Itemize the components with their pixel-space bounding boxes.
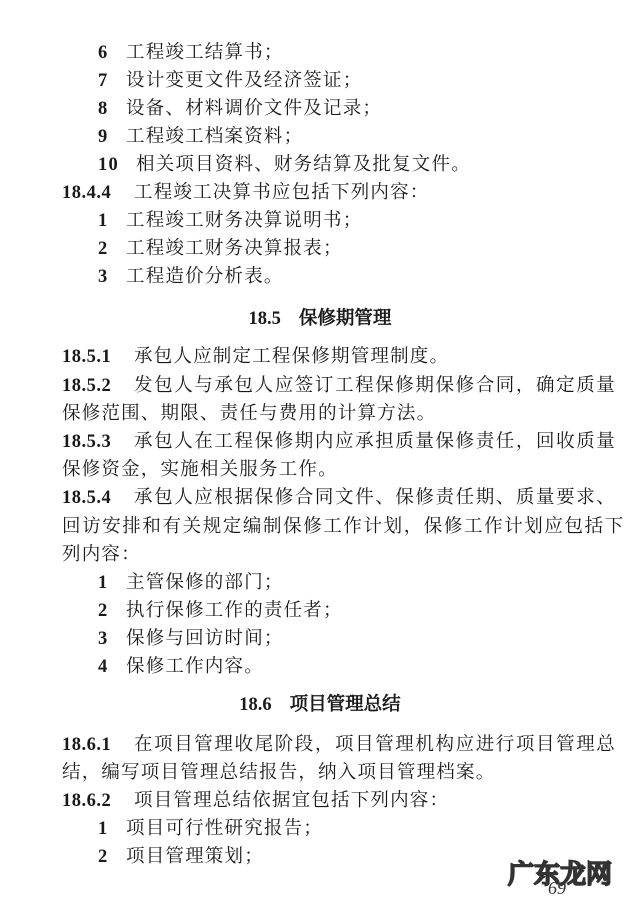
list-item: 8设备、材料调价文件及记录；: [98, 94, 620, 124]
list-item: 7设计变更文件及经济签证；: [98, 66, 620, 96]
item-text: 工程竣工财务决算说明书；: [126, 210, 362, 231]
item-text: 相关项目资料、财务结算及批复文件。: [136, 154, 471, 175]
item-text: 项目管理策划；: [126, 846, 264, 867]
item-number: 3: [98, 262, 126, 292]
list-item: 2工程竣工财务决算报表；: [98, 234, 620, 264]
item-text: 保修工作内容。: [126, 656, 264, 677]
clause-18-4-4: 18.4.4工程竣工决算书应包括下列内容：: [62, 178, 584, 208]
clause-text: 在项目管理收尾阶段，项目管理机构应进行项目管理总: [134, 734, 616, 755]
item-number: 3: [98, 624, 126, 654]
section-number: 18.5: [249, 304, 281, 334]
item-number: 1: [98, 814, 126, 844]
section-number: 18.6: [239, 690, 271, 720]
clause-18-5-3: 18.5.3承包人在工程保修期内应承担质量保修责任，回收质量: [62, 427, 584, 457]
clause-continuation: 保修范围、期限、责任与费用的计算方法。: [62, 399, 584, 429]
item-text: 工程竣工档案资料；: [126, 126, 303, 147]
item-text: 设备、材料调价文件及记录；: [126, 98, 382, 119]
list-item: 2执行保修工作的责任者；: [98, 596, 620, 626]
clause-continuation: 回访安排和有关规定编制保修工作计划，保修工作计划应包括下: [62, 512, 584, 542]
item-text: 工程竣工财务决算报表；: [126, 238, 343, 259]
list-item: 1工程竣工财务决算说明书；: [98, 206, 620, 236]
page-number: 69: [548, 878, 566, 898]
item-text: 执行保修工作的责任者；: [126, 600, 343, 621]
list-item: 3工程造价分析表。: [98, 262, 620, 292]
item-text: 保修与回访时间；: [126, 628, 284, 649]
item-number: 1: [98, 206, 126, 236]
clause-number: 18.5.1: [62, 342, 134, 372]
list-item: 6工程竣工结算书；: [98, 38, 620, 68]
item-text: 工程竣工结算书；: [126, 42, 284, 63]
clause-18-5-4: 18.5.4承包人应根据保修合同文件、保修责任期、质量要求、: [62, 483, 584, 513]
clause-18-5-2: 18.5.2发包人与承包人应签订工程保修期保修合同，确定质量: [62, 371, 584, 401]
section-heading-18-6: 18.6项目管理总结: [0, 690, 640, 720]
document-page: 6工程竣工结算书； 7设计变更文件及经济签证； 8设备、材料调价文件及记录； 9…: [0, 0, 640, 898]
clause-number: 18.5.3: [62, 427, 134, 457]
clause-text: 发包人与承包人应签订工程保修期保修合同，确定质量: [134, 375, 616, 396]
clause-text: 承包人应根据保修合同文件、保修责任期、质量要求、: [134, 487, 616, 508]
item-number: 9: [98, 122, 126, 152]
clause-18-6-1: 18.6.1在项目管理收尾阶段，项目管理机构应进行项目管理总: [62, 730, 584, 760]
clause-continuation: 结，编写项目管理总结报告，纳入项目管理档案。: [62, 758, 584, 788]
item-number: 1: [98, 568, 126, 598]
item-number: 2: [98, 234, 126, 264]
clause-text: 承包人在工程保修期内应承担质量保修责任，回收质量: [134, 431, 616, 452]
clause-number: 18.5.4: [62, 483, 134, 513]
item-number: 7: [98, 66, 126, 96]
item-text: 主管保修的部门；: [126, 572, 284, 593]
list-item: 10相关项目资料、财务结算及批复文件。: [98, 150, 620, 180]
section-title: 项目管理总结: [290, 694, 401, 715]
clause-number: 18.4.4: [62, 178, 134, 208]
list-item: 1项目可行性研究报告；: [98, 814, 620, 844]
clause-continuation: 保修资金，实施相关服务工作。: [62, 455, 584, 485]
clause-number: 18.6.1: [62, 730, 134, 760]
clause-number: 18.6.2: [62, 786, 134, 816]
clause-continuation: 列内容：: [62, 540, 584, 570]
item-number: 6: [98, 38, 126, 68]
clause-18-5-1: 18.5.1承包人应制定工程保修期管理制度。: [62, 342, 584, 372]
list-item: 1主管保修的部门；: [98, 568, 620, 598]
section-title: 保修期管理: [299, 308, 392, 329]
item-text: 项目可行性研究报告；: [126, 818, 323, 839]
item-number: 10: [98, 150, 136, 180]
clause-18-6-2: 18.6.2项目管理总结依据宜包括下列内容：: [62, 786, 584, 816]
item-text: 设计变更文件及经济签证；: [126, 70, 362, 91]
clause-number: 18.5.2: [62, 371, 134, 401]
list-item: 9工程竣工档案资料；: [98, 122, 620, 152]
section-heading-18-5: 18.5保修期管理: [0, 304, 640, 334]
clause-text: 项目管理总结依据宜包括下列内容：: [134, 790, 449, 811]
item-number: 4: [98, 652, 126, 682]
list-item: 4保修工作内容。: [98, 652, 620, 682]
clause-text: 工程竣工决算书应包括下列内容：: [134, 182, 430, 203]
clause-text: 承包人应制定工程保修期管理制度。: [134, 346, 449, 367]
item-number: 2: [98, 596, 126, 626]
item-number: 8: [98, 94, 126, 124]
list-item: 3保修与回访时间；: [98, 624, 620, 654]
item-number: 2: [98, 842, 126, 872]
item-text: 工程造价分析表。: [126, 266, 284, 287]
